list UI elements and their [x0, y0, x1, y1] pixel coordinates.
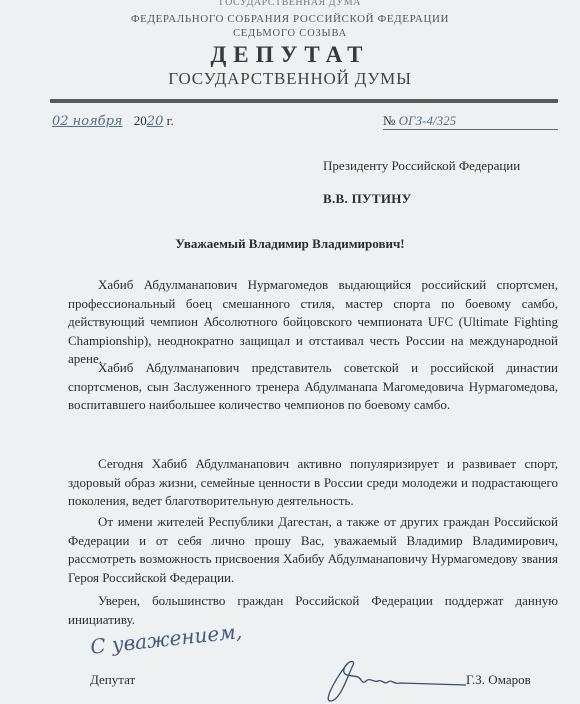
- greeting: Уважаемый Владимир Владимирович!: [0, 236, 580, 252]
- body-paragraph: Сегодня Хабиб Абдулманапович активно поп…: [68, 455, 558, 511]
- letterhead-rule: [50, 99, 558, 103]
- letterhead-subtitle: ГОСУДАРСТВЕННОЙ ДУМЫ: [0, 69, 580, 89]
- signer-role: Депутат: [90, 672, 135, 688]
- addressee-line-1: Президенту Российской Федерации: [323, 158, 520, 174]
- date-suffix: г.: [163, 113, 173, 128]
- number-prefix: №: [383, 113, 399, 128]
- body-paragraph: Хабиб Абдулманапович Нурмагомедов выдающ…: [68, 276, 558, 369]
- body-paragraph: Хабиб Абдулманапович представитель совет…: [68, 359, 558, 415]
- letterhead-line-2: ФЕДЕРАЛЬНОГО СОБРАНИЯ РОССИЙСКОЙ ФЕДЕРАЦ…: [0, 13, 580, 25]
- signature: [318, 655, 468, 704]
- date-year-prefix: 20: [134, 113, 147, 128]
- date-handwritten: 02 ноября: [52, 114, 123, 129]
- signature-icon: [318, 655, 468, 704]
- body-paragraph: От имени жителей Республики Дагестан, а …: [68, 513, 558, 587]
- number-handwritten: ОГЗ-4/325: [399, 113, 456, 128]
- letterhead-title: ДЕПУТАТ: [0, 42, 580, 68]
- letterhead-line-1: ГОСУДАРСТВЕННАЯ ДУМА: [0, 0, 580, 8]
- letter-number: № ОГЗ-4/325: [383, 113, 558, 130]
- signer-name: Г.З. Омаров: [466, 672, 531, 688]
- date-year-handwritten: 20: [147, 114, 164, 129]
- letter-date: 02 ноября 2020 г.: [52, 113, 174, 129]
- body-paragraph: Уверен, большинство граждан Российской Ф…: [68, 592, 558, 629]
- letterhead-line-3: СЕДЬМОГО СОЗЫВА: [0, 28, 580, 39]
- addressee-line-2: В.В. ПУТИНУ: [323, 191, 411, 207]
